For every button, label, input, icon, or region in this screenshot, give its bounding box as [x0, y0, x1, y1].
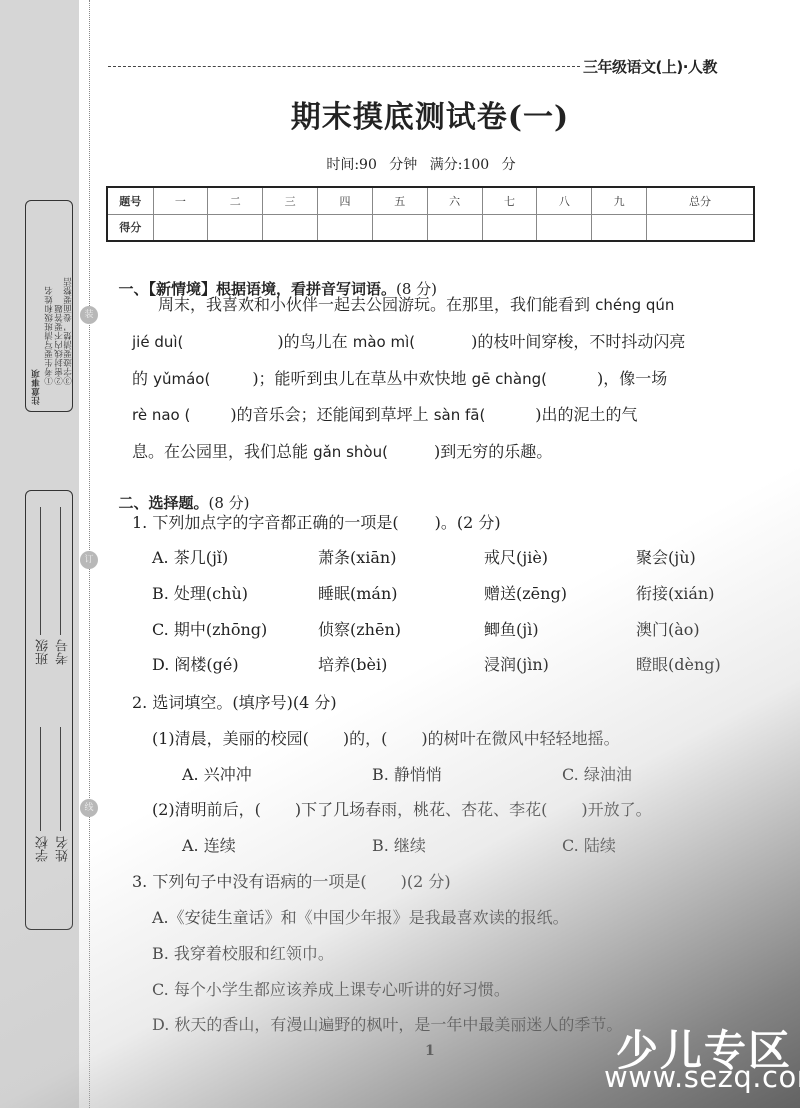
q1-option-c-item: 鲫鱼(jì) [484, 617, 539, 640]
score-cell[interactable] [427, 214, 482, 241]
q1-option-a-item: 聚会(jù) [636, 545, 696, 568]
q1-option-c[interactable]: C. 期中(zhōng) [152, 617, 267, 640]
binding-mark-icon: 装 [80, 306, 98, 324]
passage-line: rè nao ()的音乐会；还能闻到草坪上 sàn fā()出的泥土的气 [132, 402, 638, 425]
q2-sub2-option-a[interactable]: A. 连续 [182, 833, 236, 856]
q3-option-a[interactable]: A.《安徒生童话》和《中国少年报》是我最喜欢读的报纸。 [152, 905, 569, 928]
column-header: 三 [263, 187, 318, 214]
school-field[interactable] [40, 727, 41, 831]
q1-option-d-item: 浸润(jìn) [484, 652, 549, 675]
score-cell[interactable] [537, 214, 592, 241]
q3-option-c[interactable]: C. 每个小学生都应该养成上课专心听讲的好习惯。 [152, 977, 510, 1000]
class-label: 班级 [34, 639, 53, 665]
column-header: 四 [318, 187, 373, 214]
class-field[interactable] [40, 507, 41, 635]
score-cell[interactable] [153, 214, 208, 241]
question-2-stem: 2. 选词填空。(填序号)(4 分) [132, 690, 337, 713]
column-header: 总分 [647, 187, 754, 214]
subject-tag: 三年级语文(上)·人教 [583, 56, 717, 77]
page-title: 期末摸底测试卷(一) [0, 92, 800, 136]
section-2-heading: 二、选择题。(8 分) [108, 474, 250, 513]
column-header: 一 [153, 187, 208, 214]
column-header: 二 [208, 187, 263, 214]
name-label: 姓名 [54, 836, 73, 862]
column-header: 六 [427, 187, 482, 214]
exam-number-field[interactable] [60, 507, 61, 635]
q1-option-a[interactable]: A. 茶几(jǐ) [152, 545, 228, 568]
q1-option-a-item: 戒尺(jiè) [484, 545, 548, 568]
question-1-stem: 1. 下列加点字的字音都正确的一项是()。(2 分) [132, 510, 501, 533]
q1-option-b-item: 赠送(zēng) [484, 581, 567, 604]
q1-option-d[interactable]: D. 阁楼(gé) [152, 652, 239, 675]
student-info-box: 学校 姓名 班级 考号 [25, 490, 73, 930]
exam-number-label: 考号 [54, 639, 73, 665]
q1-option-c-item: 侦察(zhēn) [318, 617, 401, 640]
exam-meta: 时间:90 分钟 满分:100 分 [0, 154, 800, 174]
q2-sub1-option-b[interactable]: B. 静悄悄 [372, 762, 442, 785]
table-row: 题号 一 二 三 四 五 六 七 八 九 总分 [107, 187, 754, 214]
notice-title: 注意事项 [30, 201, 43, 411]
score-cell[interactable] [592, 214, 647, 241]
row-label: 题号 [107, 187, 153, 214]
q1-option-b-item: 睡眠(mán) [318, 581, 398, 604]
question-3-stem: 3. 下列句子中没有语病的一项是()(2 分) [132, 869, 451, 892]
q2-sub2-option-c[interactable]: C. 陆续 [562, 833, 616, 856]
passage-line: 的 yǔmáo()；能听到虫儿在草丛中欢快地 gē chàng()，像一场 [132, 366, 667, 389]
passage-line: 息。在公园里，我们总能 gǎn shòu()到无穷的乐趣。 [132, 439, 552, 462]
column-header: 八 [537, 187, 592, 214]
binding-mark-icon: 订 [80, 551, 98, 569]
notice-box: 注意事项 ①考生要写清班级和姓名 ②密封线内不要答题 ③字迹要清楚，卷面要整洁 [25, 200, 73, 412]
table-row: 得分 [107, 214, 754, 241]
score-cell[interactable] [372, 214, 427, 241]
q2-sub2-option-b[interactable]: B. 继续 [372, 833, 426, 856]
q2-sub1: (1)清晨，美丽的校园()的，()的树叶在微风中轻轻地摇。 [152, 726, 620, 749]
passage-line: 周末，我喜欢和小伙伴一起去公园游玩。在那里，我们能看到 chéng qún [158, 292, 674, 315]
binding-mark-icon: 线 [80, 799, 98, 817]
score-cell[interactable] [208, 214, 263, 241]
name-field[interactable] [60, 727, 61, 831]
score-cell[interactable] [482, 214, 537, 241]
q2-sub2: (2)清明前后，()下了几场春雨，桃花、杏花、李花()开放了。 [152, 797, 652, 820]
page-number: 1 [425, 1043, 435, 1059]
score-cell[interactable] [263, 214, 318, 241]
school-label: 学校 [34, 836, 53, 862]
watermark-url: www.sezq.com [604, 1060, 800, 1094]
q3-option-d[interactable]: D. 秋天的香山，有漫山遍野的枫叶，是一年中最美丽迷人的季节。 [152, 1012, 622, 1035]
q1-option-b-item: 衔接(xián) [636, 581, 714, 604]
score-cell[interactable] [318, 214, 373, 241]
q1-option-c-item: 澳门(ào) [636, 617, 700, 640]
row-label: 得分 [107, 214, 153, 241]
q3-option-b[interactable]: B. 我穿着校服和红领巾。 [152, 941, 334, 964]
q1-option-a-item: 萧条(xiān) [318, 545, 396, 568]
score-table: 题号 一 二 三 四 五 六 七 八 九 总分 得分 [106, 186, 755, 242]
q1-option-b[interactable]: B. 处理(chù) [152, 581, 248, 604]
column-header: 五 [372, 187, 427, 214]
q1-option-d-item: 瞪眼(dèng) [636, 652, 721, 675]
q2-sub1-option-a[interactable]: A. 兴冲冲 [182, 762, 252, 785]
column-header: 七 [482, 187, 537, 214]
q1-option-d-item: 培养(bèi) [318, 652, 387, 675]
notice-item: ③字迹要清楚，卷面要整洁 [62, 201, 75, 411]
q2-sub1-option-c[interactable]: C. 绿油油 [562, 762, 632, 785]
passage-line: jié duì()的鸟儿在 mào mì()的枝叶间穿梭，不时抖动闪亮 [132, 329, 685, 352]
score-cell[interactable] [647, 214, 754, 241]
column-header: 九 [592, 187, 647, 214]
header-divider [108, 66, 580, 67]
